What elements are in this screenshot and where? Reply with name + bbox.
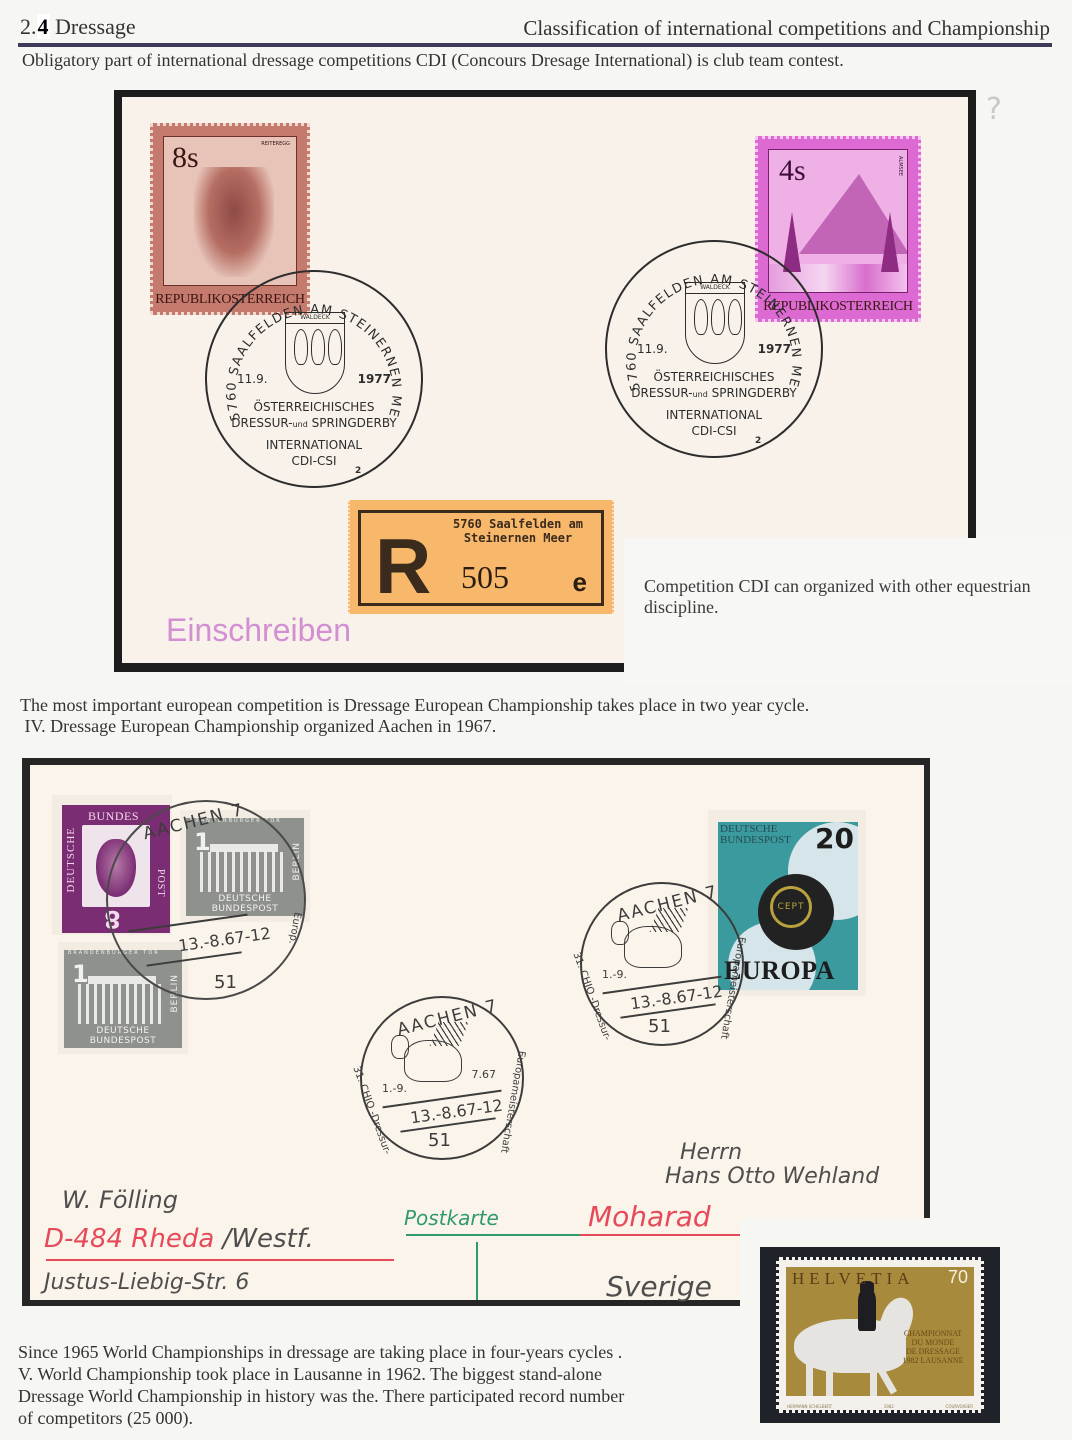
section-heading: 2.4 Dressage [20, 14, 136, 40]
sender-street: Justus-Liebig-Str. 6 [44, 1270, 249, 1295]
section-prefix: 2. [20, 14, 37, 39]
recipient-city: Moharad [588, 1200, 711, 1233]
note-cdi: Competition CDI can organized with other… [644, 576, 1044, 618]
postmark-date: 11.9. [637, 342, 668, 356]
postmark-aachen: AACHEN 7 1.-9. 7.67 13.-8.67-12 51 31. C… [360, 996, 524, 1160]
postmark-aachen: AACHEN 7 1.-9. 13.-8.67-12 51 31. CHIO -… [580, 882, 744, 1046]
postmark-saalfelden: 5760 SAALFELDEN AM STEINERNEN MEER WALDE… [605, 240, 823, 458]
postmark-sub: 2 [355, 466, 361, 476]
shield-label: WALDECK [286, 313, 344, 324]
horse-icon [624, 926, 682, 968]
stamp-value: 70 [948, 1267, 968, 1288]
registration-label: R 5760 Saalfelden am Steinernen Meer 505… [348, 500, 614, 614]
recipient-name: Hans Otto Wehland [665, 1164, 879, 1189]
postmark-line-3: INTERNATIONAL [207, 438, 421, 452]
pencil-question-mark: ? [986, 92, 1002, 127]
stamp-caption: ALMSEE [897, 156, 903, 176]
brandenburg-gate-icon [78, 984, 166, 1024]
stamp-helvetia-70: HELVETIA 70 CHAMPIONNAT DU MONDE DE DRES… [776, 1257, 984, 1413]
landscape-icon [194, 167, 274, 277]
postmark-year: 1977 [358, 372, 391, 386]
postmark-saalfelden: 5760 SAALFELDEN AM STEINERNEN MEER WALDE… [205, 270, 423, 488]
postmark-line-2: DRESSUR-und SPRINGDERBY [207, 416, 421, 430]
sender-city: D-484 Rheda /Westf. [44, 1224, 314, 1254]
postmark-line-3: INTERNATIONAL [607, 408, 821, 422]
divider-green [406, 1234, 580, 1236]
stamp-top-text: BUNDES [88, 809, 139, 824]
postmark-aachen-partial: AACHEN 7 13.-8.67-12 51 Europ. [106, 800, 306, 1000]
header-divider [18, 43, 1052, 47]
section-number: 4 [37, 14, 50, 39]
horse-icon [404, 1040, 462, 1082]
sender-city-underline [46, 1259, 394, 1261]
divider-red [580, 1234, 750, 1236]
postmark-date: 11.9. [237, 372, 268, 386]
rider-icon [858, 1289, 876, 1331]
divider-vertical [476, 1242, 478, 1300]
postmark-line-1: ÖSTERREICHISCHES [207, 400, 421, 414]
coat-of-arms-icon: WALDECK [685, 282, 745, 364]
stamp-issuer: DEUTSCHEBUNDESPOST [720, 824, 791, 846]
intro-text: Obligatory part of international dressag… [22, 50, 844, 71]
section-title: Dressage [55, 14, 136, 39]
postmark-line-4: CDI-CSI [607, 424, 821, 438]
stamp-imprint: HERMANN SCHELBERT 1982 COURVOISIER [787, 1404, 973, 1409]
registration-frame: R 5760 Saalfelden am Steinernen Meer 505… [358, 510, 604, 606]
postmark-line-2: DRESSUR-und SPRINGDERBY [607, 386, 821, 400]
registered-handstamp: Einschreiben [166, 612, 351, 649]
registration-number: 505 [461, 559, 509, 596]
stamp-value: 20 [815, 822, 854, 855]
card-type: Postkarte [404, 1206, 499, 1230]
stamp-side-text: DEUTSCHE [65, 827, 77, 892]
page-title: Classification of international competit… [523, 16, 1050, 41]
stamp-footer: DEUTSCHE BUNDESPOST [64, 1026, 182, 1046]
postmark-year: 1977 [758, 342, 791, 356]
stamp-value: 4s [779, 154, 806, 188]
stamp-caption: REITEREGG [261, 141, 290, 147]
paragraph-world: Since 1965 World Championships in dressa… [18, 1341, 738, 1429]
paragraph-european: The most important european competition … [20, 695, 809, 737]
postmark-line-1: ÖSTERREICHISCHES [607, 370, 821, 384]
stamp-country: HELVETIA [792, 1269, 914, 1289]
tree-icon [881, 212, 899, 272]
coat-of-arms-icon: WALDECK [285, 312, 345, 394]
registration-letter: R [375, 527, 431, 605]
postmark-sub: 2 [755, 436, 761, 446]
registration-office: 5760 Saalfelden am Steinernen Meer [441, 517, 595, 545]
recipient-salutation: Herrn [680, 1140, 742, 1165]
recipient-country: Sverige [606, 1270, 712, 1303]
sender-name: W. Fölling [62, 1186, 178, 1214]
postmark-line-4: CDI-CSI [207, 454, 421, 468]
stamp-caption: CHAMPIONNAT DU MONDE DE DRESSAGE 1982 LA… [896, 1329, 970, 1365]
stamp-image: 8s REITEREGG [163, 136, 297, 286]
cept-emblem: CEPT [770, 886, 812, 928]
shield-label: WALDECK [686, 283, 744, 294]
registration-suffix: e [573, 567, 587, 598]
